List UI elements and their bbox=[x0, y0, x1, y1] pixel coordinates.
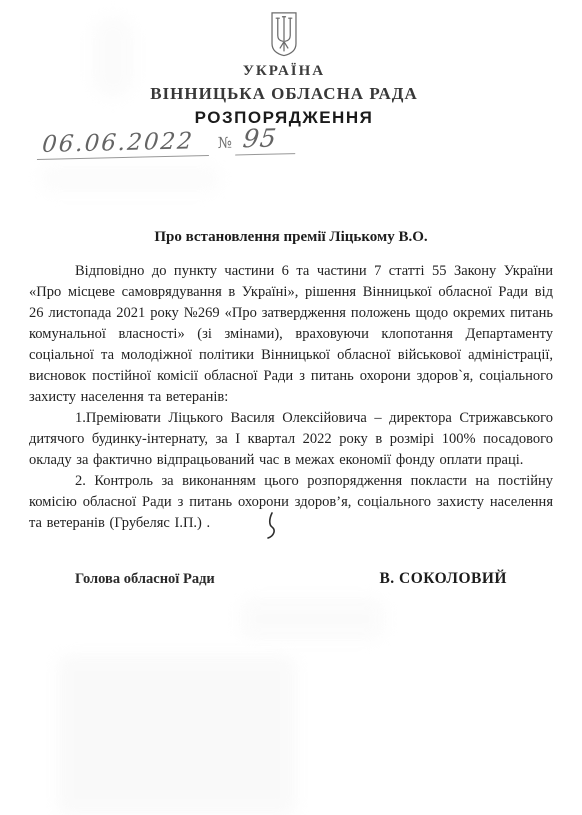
handwritten-number: 95 bbox=[235, 123, 298, 155]
date-number-line: 06.06.2022 № 95 bbox=[38, 123, 297, 160]
organization-name: ВІННИЦЬКА ОБЛАСНА РАДА bbox=[0, 84, 568, 104]
preamble-paragraph: Відповідно до пункту частини 6 та частин… bbox=[29, 261, 553, 408]
scan-smudge bbox=[240, 598, 385, 640]
document-header: УКРАЇНА ВІННИЦЬКА ОБЛАСНА РАДА РОЗПОРЯДЖ… bbox=[0, 0, 582, 128]
signer-position: Голова обласної Ради bbox=[75, 571, 215, 588]
country-name: УКРАЇНА bbox=[0, 63, 568, 80]
handwritten-date: 06.06.2022 bbox=[37, 128, 211, 160]
signature-row: Голова обласної Ради В. СОКОЛОВИЙ bbox=[29, 570, 553, 588]
document-body: Про встановлення премії Ліцькому В.О. Ві… bbox=[29, 229, 553, 588]
scan-smudge bbox=[40, 165, 220, 193]
number-sign: № bbox=[218, 134, 233, 152]
paraph-mark bbox=[263, 512, 279, 539]
item-2-paragraph: 2. Контроль за виконанням цього розпоряд… bbox=[29, 471, 553, 534]
scan-smudge bbox=[58, 655, 296, 815]
document-title: Про встановлення премії Ліцькому В.О. bbox=[29, 229, 553, 246]
document-page: УКРАЇНА ВІННИЦЬКА ОБЛАСНА РАДА РОЗПОРЯДЖ… bbox=[0, 0, 582, 815]
ukraine-trident-emblem bbox=[269, 11, 299, 57]
signer-name: В. СОКОЛОВИЙ bbox=[379, 570, 507, 588]
item-1-paragraph: 1.Преміювати Ліцького Василя Олексійович… bbox=[29, 408, 553, 471]
